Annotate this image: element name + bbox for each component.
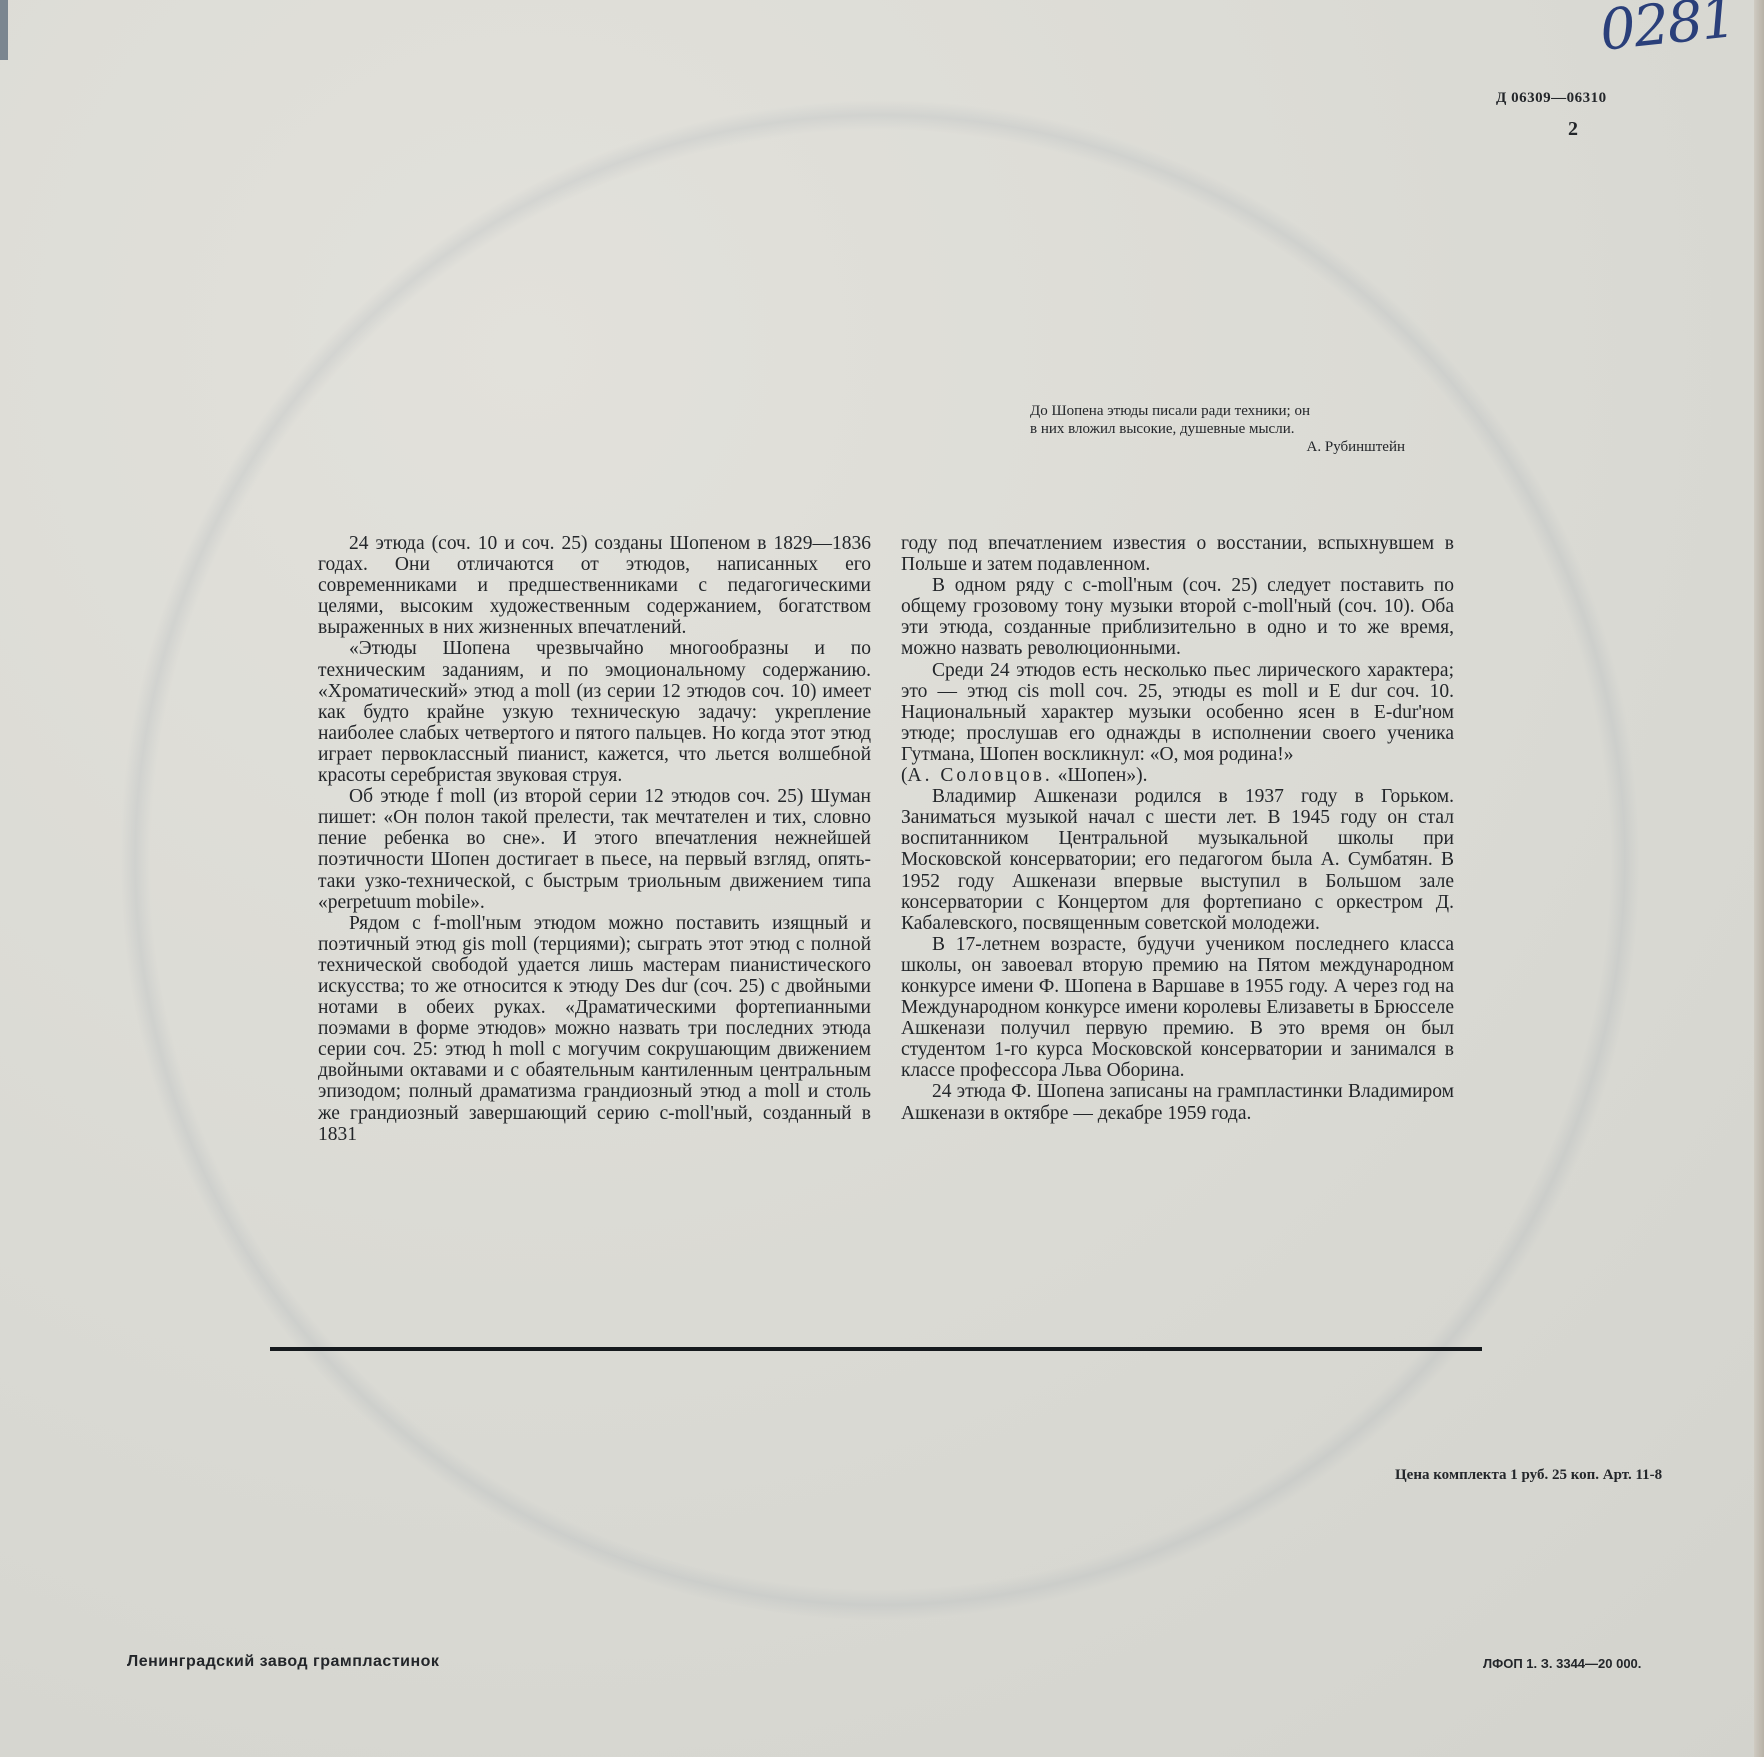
text-column-right: году под впечатлением известия о восстан…	[901, 533, 1454, 1124]
paragraph: Среди 24 этюдов есть несколько пьес лири…	[901, 660, 1454, 765]
citation-title: «Шопен»).	[1053, 765, 1148, 786]
sleeve-edge-right	[1754, 0, 1764, 1757]
paragraph: Владимир Ашкенази родился в 1937 году в …	[901, 786, 1454, 934]
citation: (А. Соловцов. «Шопен»).	[901, 765, 1454, 786]
paragraph: В 17-летнем возрасте, будучи учеником по…	[901, 934, 1454, 1082]
epigraph-author: А. Рубинштейн	[1030, 438, 1405, 456]
epigraph: До Шопена этюды писали ради техники; он …	[1030, 402, 1405, 456]
sleeve-edge-left	[0, 0, 8, 60]
divider-rule	[270, 1347, 1482, 1351]
catalog-number: Д 06309—06310	[1496, 90, 1607, 107]
manufacturer-name: Ленинградский завод грампластинок	[127, 1653, 439, 1671]
paragraph: В одном ряду с c-moll'ным (соч. 25) след…	[901, 575, 1454, 659]
price-line: Цена комплекта 1 руб. 25 коп. Арт. 11-8	[1395, 1467, 1662, 1484]
side-number: 2	[1568, 118, 1578, 141]
paragraph: Об этюде f moll (из второй серии 12 этюд…	[318, 786, 871, 913]
epigraph-line-1: До Шопена этюды писали ради техники; он	[1030, 402, 1405, 420]
handwritten-note: 0281	[1597, 0, 1738, 64]
paragraph: Рядом с f-moll'ным этюдом можно поставит…	[318, 913, 871, 1145]
paragraph: «Этюды Шопена чрезвычайно многообразны и…	[318, 638, 871, 786]
epigraph-line-2: в них вложил высокие, душевные мысли.	[1030, 420, 1405, 438]
paragraph-continuation: году под впечатлением известия о восстан…	[901, 533, 1454, 575]
text-column-left: 24 этюда (соч. 10 и соч. 25) созданы Шоп…	[318, 533, 871, 1145]
paragraph: 24 этюда Ф. Шопена записаны на грампласт…	[901, 1081, 1454, 1123]
print-code: ЛФОП 1. З. 3344—20 000.	[1483, 1656, 1641, 1671]
citation-author: А. Соловцов.	[908, 765, 1053, 786]
paragraph: 24 этюда (соч. 10 и соч. 25) созданы Шоп…	[318, 533, 871, 638]
